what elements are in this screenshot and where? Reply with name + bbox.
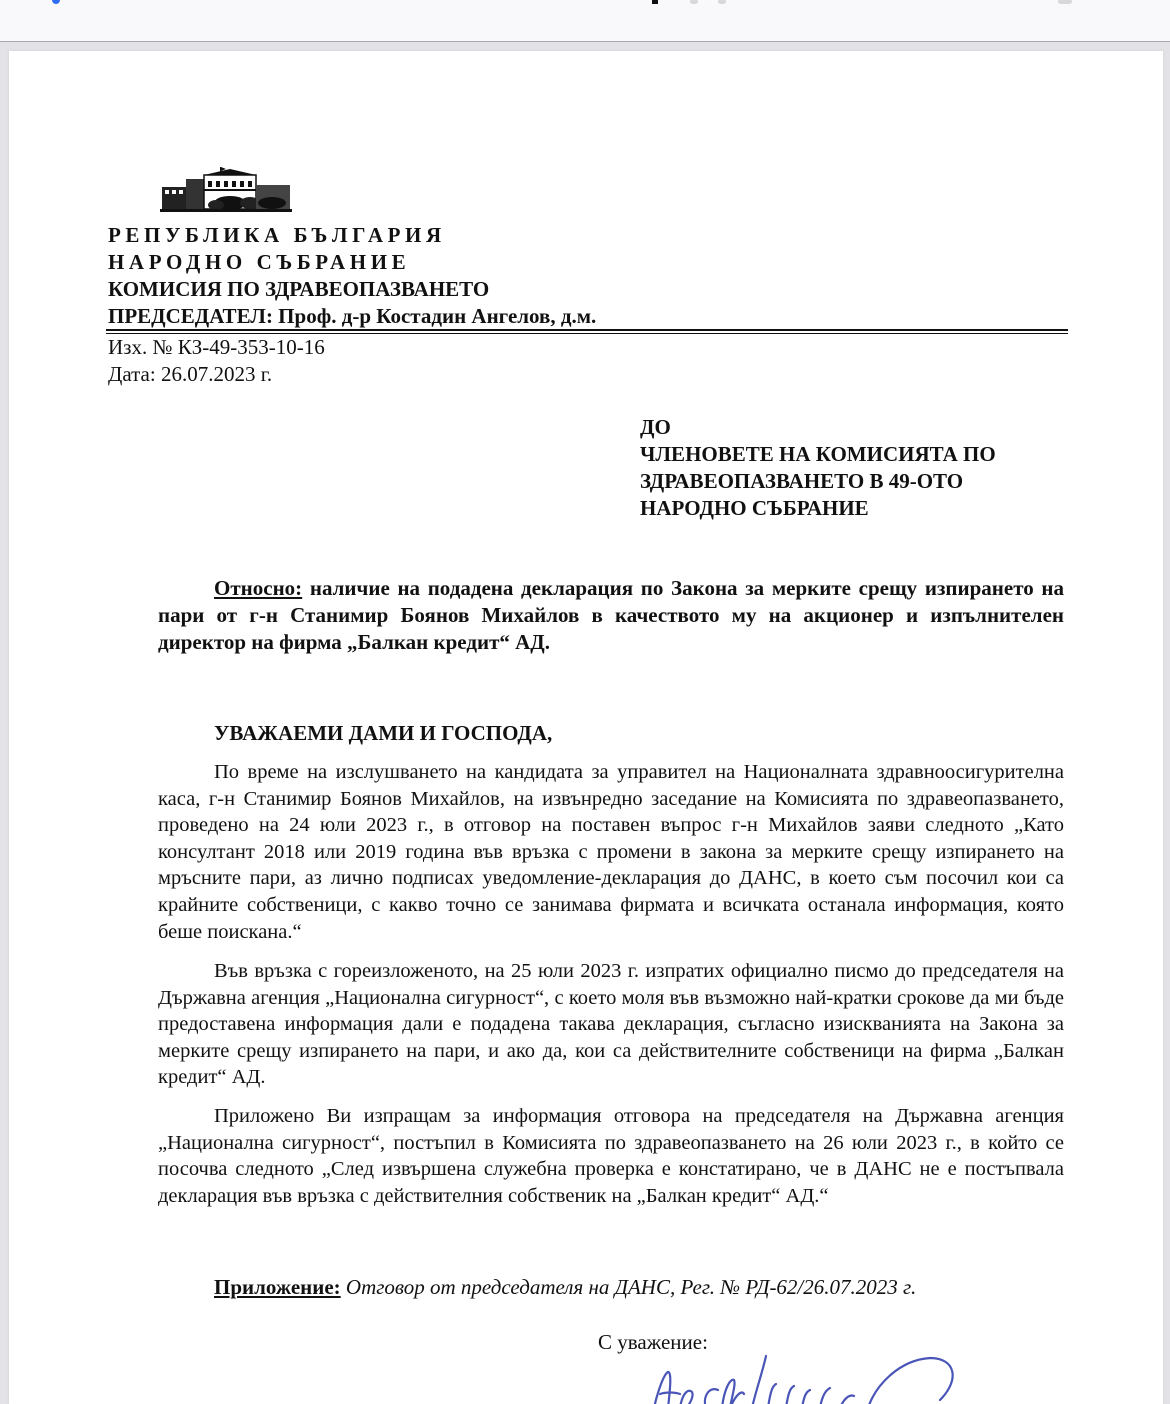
addressee-line: ЗДРАВЕОПАЗВАНЕТО В 49-ОТО bbox=[640, 468, 1070, 495]
parliament-building-icon bbox=[160, 165, 292, 215]
letterhead-divider bbox=[106, 329, 1068, 331]
letterhead-country: РЕПУБЛИКА БЪЛГАРИЯ bbox=[108, 222, 446, 249]
handwritten-signature-icon bbox=[640, 1350, 1020, 1404]
letterhead-committee: КОМИСИЯ ПО ЗДРАВЕОПАЗВАНЕТО bbox=[108, 276, 489, 303]
addressee-line: НАРОДНО СЪБРАНИЕ bbox=[640, 495, 1070, 522]
salutation: УВАЖАЕМИ ДАМИ И ГОСПОДА, bbox=[214, 720, 552, 747]
document-page[interactable]: РЕПУБЛИКА БЪЛГАРИЯ НАРОДНО СЪБРАНИЕ КОМИ… bbox=[9, 51, 1163, 1404]
attachment-line: Приложение: Отговор от председателя на Д… bbox=[214, 1274, 916, 1301]
subject-block: Относно: наличие на подадена декларация … bbox=[158, 575, 1064, 656]
document-date: Дата: 26.07.2023 г. bbox=[108, 361, 272, 388]
subject-label: Относно: bbox=[214, 576, 302, 600]
attachment-text: Отговор от председателя на ДАНС, Рег. № … bbox=[341, 1275, 917, 1299]
addressee-line: ЧЛЕНОВЕТЕ НА КОМИСИЯТА ПО bbox=[640, 441, 1070, 468]
letterhead-chairman: ПРЕДСЕДАТЕЛ: Проф. д-р Костадин Ангелов,… bbox=[108, 303, 596, 330]
body-paragraph: Приложено Ви изпращам за информация отго… bbox=[158, 1103, 1064, 1209]
outgoing-number: Изх. № КЗ-49-353-10-16 bbox=[108, 334, 325, 361]
addressee-to: ДО bbox=[640, 414, 1070, 441]
body-paragraph: Във връзка с гореизложеното, на 25 юли 2… bbox=[158, 958, 1064, 1091]
addressee-block: ДО ЧЛЕНОВЕТЕ НА КОМИСИЯТА ПО ЗДРАВЕОПАЗВ… bbox=[640, 414, 1070, 522]
attachment-label: Приложение: bbox=[214, 1275, 341, 1299]
letterhead-institution: НАРОДНО СЪБРАНИЕ bbox=[108, 249, 410, 276]
body-paragraph: По време на изслушването на кандидата за… bbox=[158, 759, 1064, 945]
